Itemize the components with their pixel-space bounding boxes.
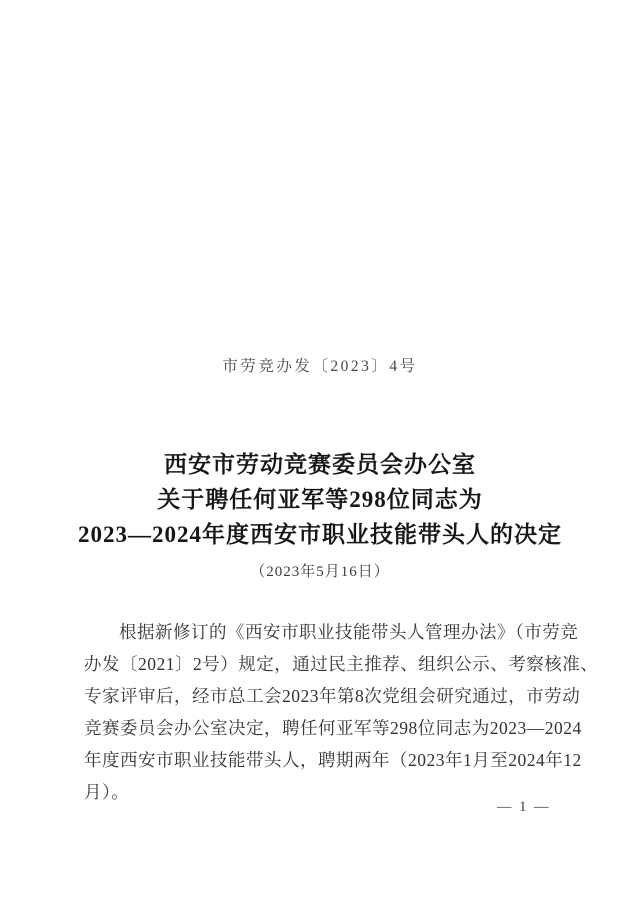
title-line-1: 西安市劳动竞赛委员会办公室 [0, 447, 640, 482]
body-line: 竞赛委员会办公室决定，聘任何亚军等298位同志为2023—2024 [84, 712, 563, 744]
body-line: 根据新修订的《西安市职业技能带头人管理办法》（市劳竞 [84, 616, 563, 648]
body-paragraph: 根据新修订的《西安市职业技能带头人管理办法》（市劳竞 办发〔2021〕2号）规定… [84, 616, 563, 808]
title-line-2: 关于聘任何亚军等298位同志为 [0, 482, 640, 517]
body-line: 年度西安市职业技能带头人，聘期两年（2023年1月至2024年12 [84, 744, 563, 776]
body-line: 办发〔2021〕2号）规定，通过民主推荐、组织公示、考察核准、 [84, 648, 563, 680]
title-line-3: 2023—2024年度西安市职业技能带头人的决定 [0, 517, 640, 552]
doc-date: （2023年5月16日） [0, 560, 640, 581]
document-page: 市劳竞办发〔2023〕4号 西安市劳动竞赛委员会办公室 关于聘任何亚军等298位… [0, 0, 640, 905]
page-number: — 1 — [497, 799, 551, 816]
document-title: 西安市劳动竞赛委员会办公室 关于聘任何亚军等298位同志为 2023—2024年… [0, 447, 640, 552]
doc-number: 市劳竞办发〔2023〕4号 [0, 354, 640, 376]
body-line: 月）。 [84, 776, 563, 808]
body-line: 专家评审后，经市总工会2023年第8次党组会研究通过，市劳动 [84, 680, 563, 712]
